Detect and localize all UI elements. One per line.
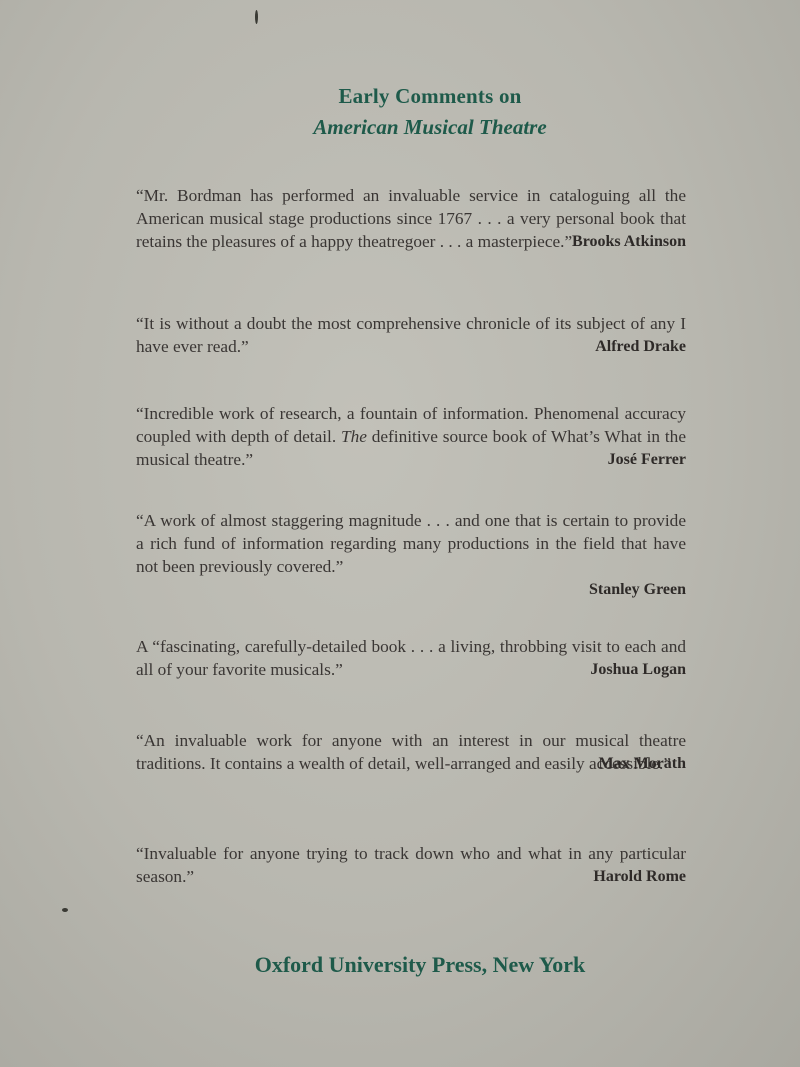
heading-line-1: Early Comments on (60, 84, 800, 109)
testimonial: “Incredible work of research, a fountain… (136, 402, 686, 471)
italic-word: The (341, 427, 367, 446)
testimonial: “Invaluable for anyone trying to track d… (136, 842, 686, 888)
testimonial: “Mr. Bordman has performed an invaluable… (136, 184, 686, 253)
testimonial-author: Stanley Green (136, 578, 686, 601)
testimonial: “It is without a doubt the most comprehe… (136, 312, 686, 358)
testimonial: “An invaluable work for anyone with an i… (136, 729, 686, 775)
publisher-imprint: Oxford University Press, New York (40, 952, 800, 978)
paper-mark (62, 908, 68, 912)
testimonial: “A work of almost staggering magnitude .… (136, 509, 686, 601)
testimonial-text: “A work of almost staggering magnitude .… (136, 509, 686, 578)
paper-mark (255, 10, 258, 24)
page-heading: Early Comments on American Musical Theat… (0, 84, 800, 140)
book-back-cover: Early Comments on American Musical Theat… (0, 0, 800, 1067)
testimonial: A “fascinating, carefully-detailed book … (136, 635, 686, 681)
heading-book-title: American Musical Theatre (60, 115, 800, 140)
testimonial-author: Harold Rome (136, 865, 686, 888)
